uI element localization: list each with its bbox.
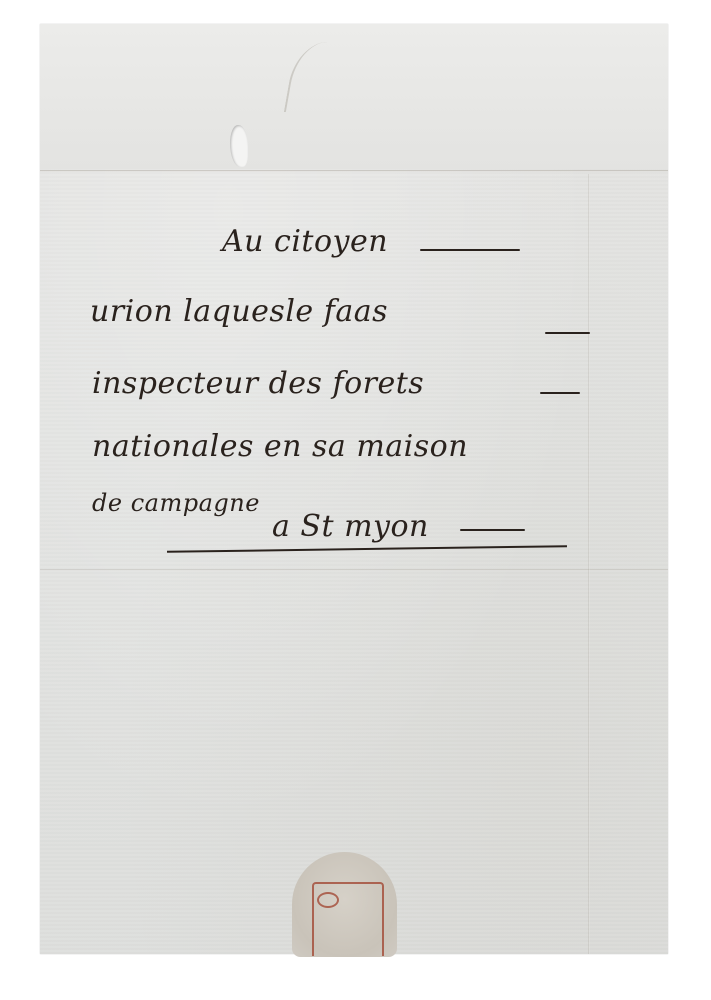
top-flap [40,24,668,169]
paper-hole [230,125,248,167]
flourish [460,529,525,531]
letter-cover: Au citoyen urion laquesle faas inspecteu… [40,24,668,954]
flourish [540,392,580,394]
flourish [545,332,590,334]
address-line-5: de campagne [92,489,260,517]
underline-flourish [167,545,567,553]
fold-line [40,569,668,571]
fold-line [588,174,590,954]
address-line-2: urion laquesle faas [90,294,388,329]
address-line-4: nationales en sa maison [92,429,468,464]
address-line-1: Au citoyen [222,224,388,259]
flourish [420,249,520,251]
fold-line [40,170,668,172]
address-line-3: inspecteur des forets [92,366,424,401]
address-line-6: a St myon [272,509,429,544]
wax-seal [292,852,397,957]
seal-mark [317,892,339,908]
